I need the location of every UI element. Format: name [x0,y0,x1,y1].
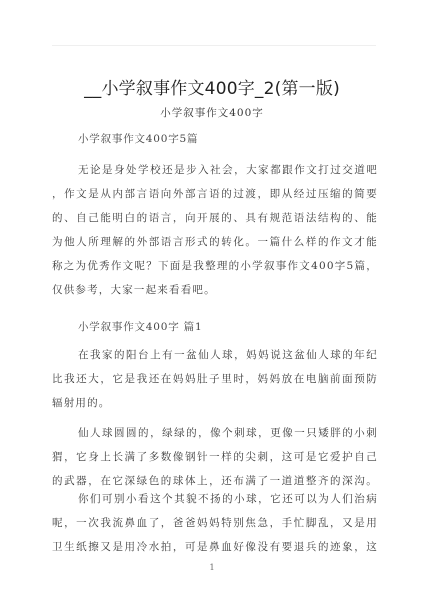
document-title: __小学叙事作文400字_2(第一版) [0,74,424,99]
essay1-heading: 小学叙事作文400字 篇1 [78,319,202,334]
paragraph-line: 卫生纸擦又是用冷水拍，可是鼻血好像没有要退兵的迹象，这 [52,535,378,559]
intro-heading: 小学叙事作文400字5篇 [78,131,198,146]
document-subtitle: 小学叙事作文400字 [0,105,424,120]
header-divider [52,45,376,46]
essay1-paragraph-1: 在我家的阳台上有一盆仙人球，妈妈说这盆仙人球的年纪 比我还大，它是我还在妈妈肚子… [52,343,378,415]
paragraph-line: 猬，它身上长满了多数像钢针一样的尖刺，这可是它爱护自己 [52,445,378,469]
essay1-paragraph-2: 仙人球圆圆的，绿绿的，像个刺球，更像一只矮胖的小刺 猬，它身上长满了多数像钢针一… [52,421,378,493]
paragraph-line: 在我家的阳台上有一盆仙人球，妈妈说这盆仙人球的年纪 [52,343,378,367]
paragraph-line: 辐射用的。 [52,391,378,415]
paragraph-line: 仙人球圆圆的，绿绿的，像个刺球，更像一只矮胖的小刺 [52,421,378,445]
page-number: 1 [0,563,424,572]
intro-paragraph: 无论是身处学校还是步入社会，大家都跟作文打过交道吧 ，作文是从内部言语向外部言语… [52,158,378,302]
essay1-paragraph-3: 你们可别小看这个其貌不扬的小球，它还可以为人们治病 呢，一次我流鼻血了，爸爸妈妈… [52,487,378,559]
paragraph-line: 比我还大，它是我还在妈妈肚子里时，妈妈放在电脑前面预防 [52,367,378,391]
paragraph-line: 仅供参考，大家一起来看看吧。 [52,278,378,302]
paragraph-line: 呢，一次我流鼻血了，爸爸妈妈特别焦急，手忙脚乱，又是用 [52,511,378,535]
paragraph-line: 为他人所理解的外部语言形式的转化。一篇什么样的作文才能 [52,230,378,254]
paragraph-line: 称之为优秀作文呢？下面是我整理的小学叙事作文400字5篇， [52,254,378,278]
paragraph-line: 的、自己能明白的语言，向开展的、具有规范语法结构的、能 [52,206,378,230]
paragraph-line: 无论是身处学校还是步入社会，大家都跟作文打过交道吧 [52,158,378,182]
paragraph-line: ，作文是从内部言语向外部言语的过渡，即从经过压缩的简要 [52,182,378,206]
paragraph-line: 你们可别小看这个其貌不扬的小球，它还可以为人们治病 [52,487,378,511]
